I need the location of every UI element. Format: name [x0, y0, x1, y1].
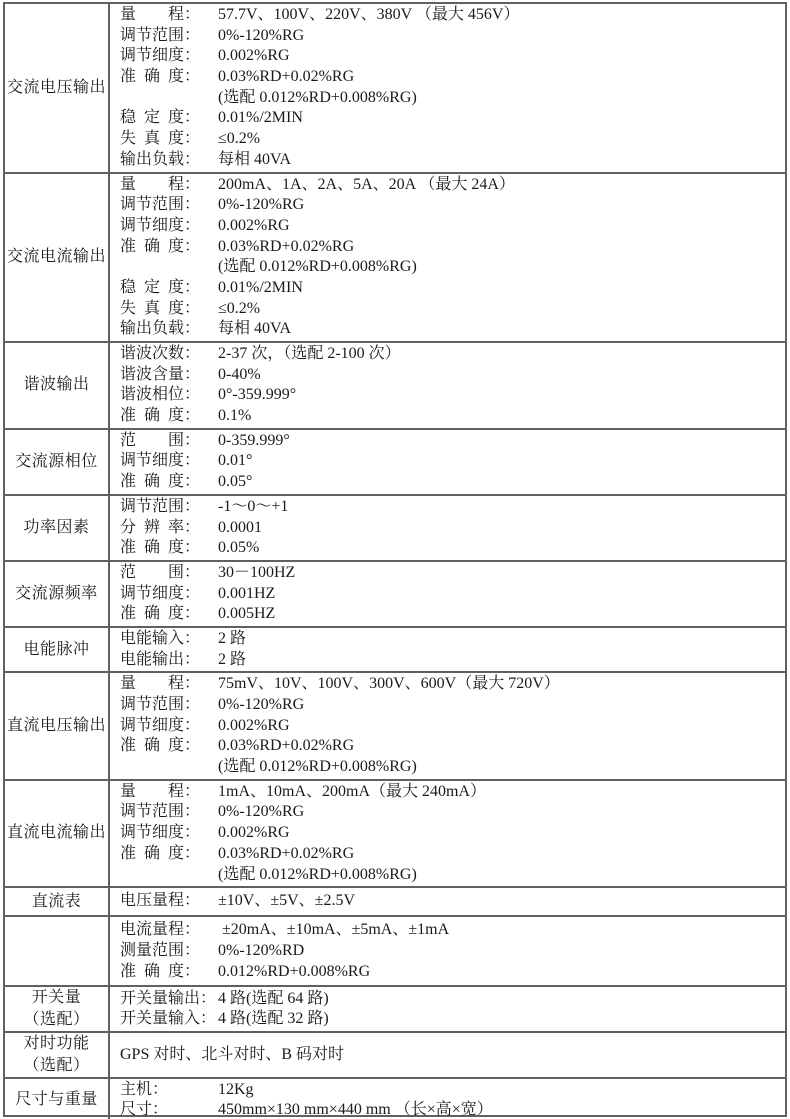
- category-cell: 交流电压输出: [5, 4, 110, 172]
- category-label: 直流表: [32, 891, 82, 913]
- spec-value: 0.0001: [218, 518, 262, 539]
- spec-label: 电压量程：: [120, 891, 218, 912]
- spec-value: 0.03%RD+0.02%RG: [218, 67, 354, 88]
- spec-label: 调节范围：: [120, 802, 218, 823]
- category-cell: 交流源频率: [5, 562, 110, 626]
- spec-label: 主机：: [120, 1080, 218, 1101]
- spec-value: (选配 0.012%RD+0.008%RG): [218, 88, 417, 109]
- spec-value: (选配 0.012%RD+0.008%RG): [218, 865, 417, 886]
- spec-content-cell: GPS 对时、北斗对时、B 码对时: [110, 1033, 785, 1077]
- category-label: 对时功能 （选配）: [23, 1033, 89, 1077]
- spec-value: 0.002%RG: [218, 716, 290, 737]
- category-label: 直流电流输出: [7, 822, 106, 844]
- spec-value: -1～0～+1: [218, 497, 288, 518]
- spec-label: 调节范围：: [120, 195, 218, 216]
- spec-line: 范 围：0-359.999°: [110, 431, 785, 452]
- spec-label: 量 程：: [120, 5, 218, 26]
- category-cell: 功率因素: [5, 496, 110, 560]
- spec-value: 0%-120%RD: [218, 941, 304, 962]
- spec-value: 0%-120%RG: [218, 195, 304, 216]
- spec-label: 开关量输入：: [120, 1009, 218, 1030]
- spec-value: 0°-359.999°: [218, 385, 296, 406]
- spec-value: 每相 40VA: [218, 319, 291, 340]
- spec-line: 电流量程： ±20mA、±10mA、±5mA、±1mA: [110, 920, 785, 941]
- spec-content-cell: 范 围：0-359.999°调节细度：0.01°准 确 度：0.05°: [110, 430, 785, 494]
- spec-value: 0-359.999°: [218, 431, 290, 452]
- spec-line: 输出负载：每相 40VA: [110, 150, 785, 171]
- category-label: 电能脉冲: [23, 639, 89, 661]
- spec-value: 0.05°: [218, 472, 252, 493]
- spec-row: 功率因素调节范围：-1～0～+1分 辨 率：0.0001准 确 度：0.05%: [5, 494, 785, 560]
- category-cell: [5, 917, 110, 985]
- spec-value: 0.03%RD+0.02%RG: [218, 844, 354, 865]
- spec-label: 谐波次数：: [120, 344, 218, 365]
- category-label: 开关量 （选配）: [23, 987, 89, 1031]
- spec-label: 测量范围：: [120, 941, 218, 962]
- spec-value: 0.03%RD+0.02%RG: [218, 736, 354, 757]
- spec-line: 失 真 度：≤0.2%: [110, 129, 785, 150]
- spec-content-cell: 调节范围：-1～0～+1分 辨 率：0.0001准 确 度：0.05%: [110, 496, 785, 560]
- spec-value: 200mA、1A、2A、5A、20A （最大 24A）: [218, 175, 515, 196]
- spec-line: 调节细度：0.002%RG: [110, 716, 785, 737]
- spec-row: 谐波输出谐波次数：2-37 次，（选配 2-100 次）谐波含量：0-40%谐波…: [5, 341, 785, 428]
- category-label: 功率因素: [23, 517, 89, 539]
- spec-label: 范 围：: [120, 563, 218, 584]
- spec-value: 75mV、10V、100V、300V、600V（最大 720V）: [218, 674, 560, 695]
- spec-line: 调节范围：0%-120%RG: [110, 195, 785, 216]
- spec-row: 交流源相位范 围：0-359.999°调节细度：0.01°准 确 度：0.05°: [5, 428, 785, 494]
- spec-label: 准 确 度：: [120, 604, 218, 625]
- spec-value: 0.01°: [218, 451, 252, 472]
- spec-label: 稳 定 度：: [120, 108, 218, 129]
- spec-label: 稳 定 度：: [120, 278, 218, 299]
- spec-line: 准 确 度：0.05°: [110, 472, 785, 493]
- spec-label: 电能输入：: [120, 629, 218, 650]
- spec-content-cell: 量 程：200mA、1A、2A、5A、20A （最大 24A）调节范围：0%-1…: [110, 174, 785, 342]
- spec-row: 尺寸与重量主机：12Kg尺寸：450mm×130 mm×440 mm （长×高×…: [5, 1077, 785, 1119]
- spec-value: 57.7V、100V、220V、380V （最大 456V）: [218, 5, 520, 26]
- category-cell: 尺寸与重量: [5, 1079, 110, 1119]
- spec-line: 准 确 度：0.1%: [110, 406, 785, 427]
- spec-label: 准 确 度：: [120, 538, 218, 559]
- spec-content-cell: 电流量程： ±20mA、±10mA、±5mA、±1mA测量范围：0%-120%R…: [110, 917, 785, 985]
- spec-line: 调节范围：0%-120%RG: [110, 802, 785, 823]
- spec-row: 直流表电压量程：±10V、±5V、±2.5V: [5, 886, 785, 915]
- spec-row: 电能脉冲电能输入：2 路电能输出：2 路: [5, 626, 785, 671]
- spec-label: 开关量输出：: [120, 989, 218, 1010]
- spec-label: 准 确 度：: [120, 67, 218, 88]
- spec-label: 分 辨 率：: [120, 518, 218, 539]
- spec-value: 0.1%: [218, 406, 251, 427]
- spec-content-cell: 开关量输出：4 路(选配 64 路)开关量输入：4 路(选配 32 路): [110, 987, 785, 1031]
- spec-value: 0.002%RG: [218, 46, 290, 67]
- category-label: 尺寸与重量: [15, 1089, 98, 1111]
- spec-line: GPS 对时、北斗对时、B 码对时: [110, 1045, 785, 1066]
- spec-value: 0.005HZ: [218, 604, 275, 625]
- spec-line: 准 确 度：0.03%RD+0.02%RG: [110, 844, 785, 865]
- category-cell: 开关量 （选配）: [5, 987, 110, 1031]
- spec-label: 调节范围：: [120, 497, 218, 518]
- spec-line: (选配 0.012%RD+0.008%RG): [110, 257, 785, 278]
- spec-line: 准 确 度：0.03%RD+0.02%RG: [110, 736, 785, 757]
- spec-value: 2 路: [218, 629, 246, 650]
- spec-line: 稳 定 度：0.01%/2MIN: [110, 108, 785, 129]
- category-label: 交流电流输出: [7, 246, 106, 268]
- spec-value: 4 路(选配 32 路): [218, 1009, 329, 1030]
- category-cell: 谐波输出: [5, 343, 110, 428]
- spec-value: 1mA、10mA、200mA（最大 240mA）: [218, 782, 486, 803]
- spec-content-cell: 电压量程：±10V、±5V、±2.5V: [110, 888, 785, 915]
- spec-value: ±20mA、±10mA、±5mA、±1mA: [218, 920, 449, 941]
- spec-row: 直流电流输出量 程：1mA、10mA、200mA（最大 240mA）调节范围：0…: [5, 779, 785, 886]
- spec-label: 量 程：: [120, 175, 218, 196]
- spec-label: 调节细度：: [120, 823, 218, 844]
- spec-line: 调节细度：0.002%RG: [110, 216, 785, 237]
- spec-line: 稳 定 度：0.01%/2MIN: [110, 278, 785, 299]
- spec-value: 0%-120%RG: [218, 26, 304, 47]
- spec-line: 准 确 度：0.03%RD+0.02%RG: [110, 67, 785, 88]
- category-label: 交流源频率: [15, 583, 98, 605]
- spec-label: 准 确 度：: [120, 472, 218, 493]
- category-label: 交流源相位: [15, 451, 98, 473]
- spec-row: 开关量 （选配）开关量输出：4 路(选配 64 路)开关量输入：4 路(选配 3…: [5, 985, 785, 1031]
- spec-content-cell: 量 程：75mV、10V、100V、300V、600V（最大 720V）调节范围…: [110, 673, 785, 778]
- spec-label: 失 真 度：: [120, 129, 218, 150]
- spec-value: 0.012%RD+0.008%RG: [218, 962, 370, 983]
- spec-value: 30－100HZ: [218, 563, 295, 584]
- spec-line: 电能输出：2 路: [110, 650, 785, 671]
- category-label: 谐波输出: [23, 374, 89, 396]
- spec-line: (选配 0.012%RD+0.008%RG): [110, 865, 785, 886]
- spec-content-cell: 电能输入：2 路电能输出：2 路: [110, 628, 785, 671]
- spec-content-cell: 谐波次数：2-37 次，（选配 2-100 次）谐波含量：0-40%谐波相位：0…: [110, 343, 785, 428]
- spec-label: 电能输出：: [120, 650, 218, 671]
- spec-label: 调节范围：: [120, 26, 218, 47]
- spec-value: 0.05%: [218, 538, 259, 559]
- spec-row: 交流电流输出量 程：200mA、1A、2A、5A、20A （最大 24A）调节范…: [5, 172, 785, 342]
- spec-content-cell: 主机：12Kg尺寸：450mm×130 mm×440 mm （长×高×宽）: [110, 1079, 785, 1119]
- spec-label: 范 围：: [120, 431, 218, 452]
- spec-value: 450mm×130 mm×440 mm （长×高×宽）: [218, 1100, 493, 1119]
- spec-row: 直流电压输出量 程：75mV、10V、100V、300V、600V（最大 720…: [5, 671, 785, 778]
- spec-value: 每相 40VA: [218, 150, 291, 171]
- spec-line: 测量范围：0%-120%RD: [110, 941, 785, 962]
- spec-value: ≤0.2%: [218, 129, 260, 150]
- spec-label: 准 确 度：: [120, 736, 218, 757]
- spec-value: 0.01%/2MIN: [218, 278, 303, 299]
- spec-line: 电压量程：±10V、±5V、±2.5V: [110, 891, 785, 912]
- spec-line: 尺寸：450mm×130 mm×440 mm （长×高×宽）: [110, 1100, 785, 1119]
- spec-line: 电能输入：2 路: [110, 629, 785, 650]
- spec-line: 失 真 度：≤0.2%: [110, 299, 785, 320]
- spec-label: 调节细度：: [120, 216, 218, 237]
- spec-line: 谐波相位：0°-359.999°: [110, 385, 785, 406]
- category-label: 交流电压输出: [7, 77, 106, 99]
- spec-value: ±10V、±5V、±2.5V: [218, 891, 355, 912]
- spec-line: 调节范围：-1～0～+1: [110, 497, 785, 518]
- spec-label: 失 真 度：: [120, 299, 218, 320]
- spec-value: 0%-120%RG: [218, 802, 304, 823]
- spec-row: 对时功能 （选配）GPS 对时、北斗对时、B 码对时: [5, 1031, 785, 1077]
- category-cell: 交流源相位: [5, 430, 110, 494]
- spec-label: 调节细度：: [120, 46, 218, 67]
- spec-value: 0.002%RG: [218, 216, 290, 237]
- category-cell: 交流电流输出: [5, 174, 110, 342]
- spec-value: (选配 0.012%RD+0.008%RG): [218, 257, 417, 278]
- spec-line: 开关量输入：4 路(选配 32 路): [110, 1009, 785, 1030]
- spec-line: 调节范围：0%-120%RG: [110, 26, 785, 47]
- spec-table: 交流电压输出量 程：57.7V、100V、220V、380V （最大 456V）…: [3, 2, 787, 1117]
- spec-value: 0.01%/2MIN: [218, 108, 303, 129]
- spec-line: 准 确 度：0.012%RD+0.008%RG: [110, 962, 785, 983]
- spec-line: 调节范围：0%-120%RG: [110, 695, 785, 716]
- spec-row: 电流量程： ±20mA、±10mA、±5mA、±1mA测量范围：0%-120%R…: [5, 915, 785, 985]
- spec-line: 量 程：75mV、10V、100V、300V、600V（最大 720V）: [110, 674, 785, 695]
- spec-line: 量 程：57.7V、100V、220V、380V （最大 456V）: [110, 5, 785, 26]
- spec-line: 范 围：30－100HZ: [110, 563, 785, 584]
- spec-label: 电流量程：: [120, 920, 218, 941]
- spec-value: 0%-120%RG: [218, 695, 304, 716]
- spec-line: 主机：12Kg: [110, 1080, 785, 1101]
- spec-line: 分 辨 率：0.0001: [110, 518, 785, 539]
- spec-label: 输出负载：: [120, 150, 218, 171]
- spec-line: 调节细度：0.002%RG: [110, 823, 785, 844]
- spec-value: 2-37 次，（选配 2-100 次）: [218, 344, 401, 365]
- category-cell: 直流表: [5, 888, 110, 915]
- spec-label: 调节细度：: [120, 716, 218, 737]
- category-cell: 直流电压输出: [5, 673, 110, 778]
- category-cell: 直流电流输出: [5, 781, 110, 886]
- spec-line: 准 确 度：0.05%: [110, 538, 785, 559]
- spec-label: 准 确 度：: [120, 844, 218, 865]
- category-label: 直流电压输出: [7, 715, 106, 737]
- spec-line: 调节细度：0.01°: [110, 451, 785, 472]
- spec-label: 量 程：: [120, 782, 218, 803]
- spec-value: 0.002%RG: [218, 823, 290, 844]
- spec-line: 谐波含量：0-40%: [110, 365, 785, 386]
- spec-content-cell: 量 程：1mA、10mA、200mA（最大 240mA）调节范围：0%-120%…: [110, 781, 785, 886]
- spec-value: 4 路(选配 64 路): [218, 989, 329, 1010]
- spec-label: 谐波含量：: [120, 365, 218, 386]
- spec-label: 调节范围：: [120, 695, 218, 716]
- spec-value: GPS 对时、北斗对时、B 码对时: [120, 1045, 344, 1066]
- spec-label: 谐波相位：: [120, 385, 218, 406]
- spec-line: 调节细度：0.002%RG: [110, 46, 785, 67]
- spec-label: 准 确 度：: [120, 962, 218, 983]
- category-cell: 对时功能 （选配）: [5, 1033, 110, 1077]
- spec-line: (选配 0.012%RD+0.008%RG): [110, 88, 785, 109]
- spec-value: 0.03%RD+0.02%RG: [218, 237, 354, 258]
- spec-row: 交流源频率范 围：30－100HZ调节细度：0.001HZ准 确 度：0.005…: [5, 560, 785, 626]
- spec-label: 准 确 度：: [120, 406, 218, 427]
- spec-line: 调节细度：0.001HZ: [110, 584, 785, 605]
- spec-content-cell: 范 围：30－100HZ调节细度：0.001HZ准 确 度：0.005HZ: [110, 562, 785, 626]
- spec-value: 2 路: [218, 650, 246, 671]
- spec-line: 谐波次数：2-37 次，（选配 2-100 次）: [110, 344, 785, 365]
- spec-value: (选配 0.012%RD+0.008%RG): [218, 757, 417, 778]
- spec-row: 交流电压输出量 程：57.7V、100V、220V、380V （最大 456V）…: [5, 4, 785, 172]
- spec-line: 输出负载：每相 40VA: [110, 319, 785, 340]
- spec-line: 量 程：1mA、10mA、200mA（最大 240mA）: [110, 782, 785, 803]
- spec-line: 准 确 度：0.03%RD+0.02%RG: [110, 237, 785, 258]
- spec-label: 量 程：: [120, 674, 218, 695]
- spec-content-cell: 量 程：57.7V、100V、220V、380V （最大 456V）调节范围：0…: [110, 4, 785, 172]
- spec-line: 准 确 度：0.005HZ: [110, 604, 785, 625]
- spec-label: 调节细度：: [120, 451, 218, 472]
- spec-value: 0.001HZ: [218, 584, 275, 605]
- spec-label: 准 确 度：: [120, 237, 218, 258]
- spec-value: 0-40%: [218, 365, 261, 386]
- spec-line: 量 程：200mA、1A、2A、5A、20A （最大 24A）: [110, 175, 785, 196]
- category-cell: 电能脉冲: [5, 628, 110, 671]
- spec-label: 输出负载：: [120, 319, 218, 340]
- spec-label: 尺寸：: [120, 1100, 218, 1119]
- spec-value: 12Kg: [218, 1080, 254, 1101]
- spec-value: ≤0.2%: [218, 299, 260, 320]
- spec-line: 开关量输出：4 路(选配 64 路): [110, 989, 785, 1010]
- spec-line: (选配 0.012%RD+0.008%RG): [110, 757, 785, 778]
- spec-label: 调节细度：: [120, 584, 218, 605]
